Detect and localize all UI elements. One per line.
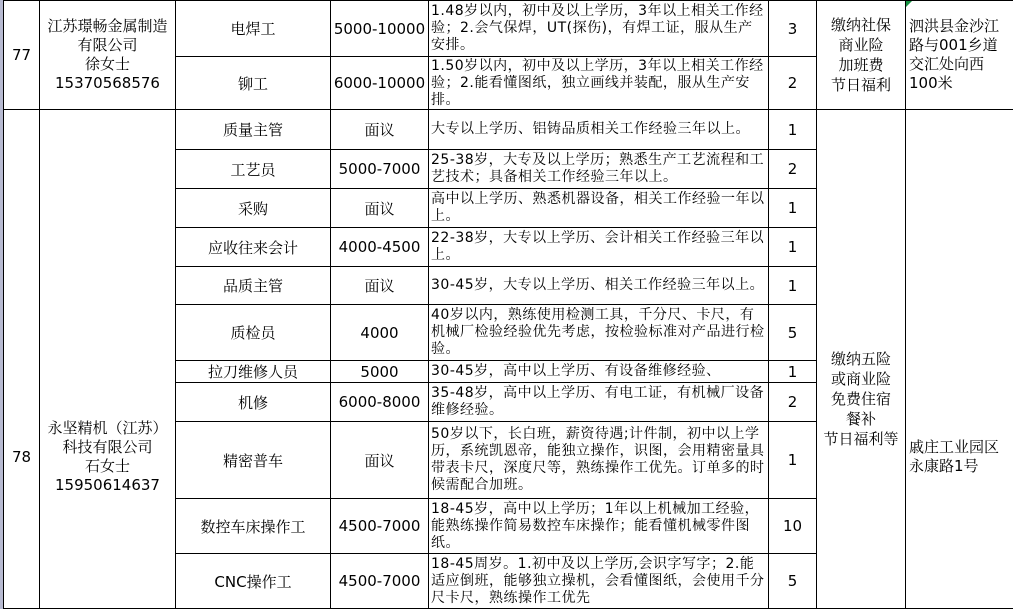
job-title-cell[interactable]: 铆工 (176, 57, 331, 110)
job-desc-cell[interactable]: 18-45周岁。1.初中及以上学历,会识字写字；2.能适应倒班，能够独立操机，会… (429, 554, 769, 609)
row-number-cell[interactable]: 78 (4, 110, 40, 609)
count-cell[interactable]: 1 (769, 361, 817, 383)
table-row: 77江苏璟畅金属制造有限公司徐女士15370568576电焊工5000-1000… (4, 1, 1013, 57)
count-cell[interactable]: 10 (769, 499, 817, 554)
job-title-cell[interactable]: 采购 (176, 189, 331, 228)
job-title-cell[interactable]: 品质主管 (176, 267, 331, 305)
job-title-cell[interactable]: 电焊工 (176, 1, 331, 57)
job-desc-cell[interactable]: 1.48岁以内，初中及以上学历，3年以上相关工作经验；2.会气保焊，UT(探伤)… (429, 1, 769, 57)
company-cell-line: 15950614637 (40, 476, 175, 495)
job-desc-cell[interactable]: 高中以上学历、熟悉机器设备，相关工作经验一年以上。 (429, 189, 769, 228)
job-title-cell[interactable]: 工艺员 (176, 150, 331, 189)
count-cell[interactable]: 2 (769, 383, 817, 422)
job-title-cell[interactable]: CNC操作工 (176, 554, 331, 609)
company-cell[interactable]: 江苏璟畅金属制造有限公司徐女士15370568576 (40, 1, 176, 110)
benefits-cell[interactable]: 缴纳五险或商业险免费住宿餐补节日福利等 (817, 110, 906, 609)
benefits-cell-line: 免费住宿 (817, 389, 905, 409)
salary-cell[interactable]: 5000 (331, 361, 429, 383)
count-cell[interactable]: 1 (769, 110, 817, 150)
salary-cell[interactable]: 6000-8000 (331, 383, 429, 422)
job-title-cell[interactable]: 质检员 (176, 305, 331, 361)
benefits-cell-line: 商业险 (817, 35, 905, 55)
salary-cell[interactable]: 4500-7000 (331, 554, 429, 609)
company-cell-line: 永坚精机（江苏） (40, 419, 175, 438)
count-cell[interactable]: 5 (769, 554, 817, 609)
salary-cell[interactable]: 5000-7000 (331, 150, 429, 189)
salary-cell[interactable]: 6000-10000 (331, 57, 429, 110)
count-cell[interactable]: 5 (769, 305, 817, 361)
salary-cell[interactable]: 面议 (331, 110, 429, 150)
address-cell[interactable]: 戚庄工业园区永康路1号 (906, 110, 1013, 609)
salary-cell[interactable]: 4000 (331, 305, 429, 361)
benefits-cell-line: 加班费 (817, 55, 905, 75)
count-cell[interactable]: 1 (769, 267, 817, 305)
salary-cell[interactable]: 面议 (331, 267, 429, 305)
job-desc-cell[interactable]: 35-48岁，高中以上学历、有电工证，有机械厂设备维修经验。 (429, 383, 769, 422)
address-cell[interactable]: 泗洪县金沙江路与001乡道交汇处向西100米 (906, 1, 1013, 110)
company-cell-line: 有限公司 (40, 36, 175, 55)
job-listing-table: 77江苏璟畅金属制造有限公司徐女士15370568576电焊工5000-1000… (3, 0, 1013, 609)
count-cell[interactable]: 2 (769, 150, 817, 189)
count-cell[interactable]: 1 (769, 228, 817, 267)
company-cell[interactable]: 永坚精机（江苏）科技有限公司石女士15950614637 (40, 110, 176, 609)
count-cell[interactable]: 1 (769, 422, 817, 499)
salary-cell[interactable]: 面议 (331, 189, 429, 228)
salary-cell[interactable]: 面议 (331, 422, 429, 499)
job-title-cell[interactable]: 数控车床操作工 (176, 499, 331, 554)
job-desc-cell[interactable]: 1.50岁以内，初中及以上学历，3年以上相关工作经验；2.能看懂图纸，独立画线并… (429, 57, 769, 110)
job-desc-cell[interactable]: 大专以上学历、铝铸品质相关工作经验三年以上。 (429, 110, 769, 150)
count-cell[interactable]: 1 (769, 189, 817, 228)
benefits-cell-line: 缴纳社保 (817, 15, 905, 35)
job-title-cell[interactable]: 质量主管 (176, 110, 331, 150)
job-desc-cell[interactable]: 25-38岁，大专及以上学历；熟悉生产工艺流程和工艺技术；具备相关工作经验三年以… (429, 150, 769, 189)
benefits-cell-line: 节日福利 (817, 75, 905, 95)
job-desc-cell[interactable]: 30-45岁，高中以上学历、有设备维修经验、 (429, 361, 769, 383)
job-title-cell[interactable]: 精密普车 (176, 422, 331, 499)
job-title-cell[interactable]: 机修 (176, 383, 331, 422)
company-cell-line: 石女士 (40, 457, 175, 476)
company-cell-line: 江苏璟畅金属制造 (40, 17, 175, 36)
salary-cell[interactable]: 4000-4500 (331, 228, 429, 267)
benefits-cell[interactable]: 缴纳社保商业险加班费节日福利 (817, 1, 906, 110)
company-cell-line: 15370568576 (40, 74, 175, 93)
benefits-cell-line: 缴纳五险 (817, 349, 905, 369)
company-cell-line: 科技有限公司 (40, 438, 175, 457)
job-title-cell[interactable]: 应收往来会计 (176, 228, 331, 267)
job-title-cell[interactable]: 拉刀维修人员 (176, 361, 331, 383)
benefits-cell-line: 餐补 (817, 409, 905, 429)
row-number-cell[interactable]: 77 (4, 1, 40, 110)
job-desc-cell[interactable]: 30-45岁，大专以上学历、相关工作经验三年以上。 (429, 267, 769, 305)
salary-cell[interactable]: 4500-7000 (331, 499, 429, 554)
benefits-cell-line: 或商业险 (817, 369, 905, 389)
company-cell-line: 徐女士 (40, 55, 175, 74)
benefits-cell-line: 节日福利等 (817, 429, 905, 449)
job-desc-cell[interactable]: 18-45岁，高中以上学历；1年以上机械加工经验，能熟练操作简易数控车床操作；能… (429, 499, 769, 554)
error-check-icon (906, 1, 912, 7)
table-row: 78永坚精机（江苏）科技有限公司石女士15950614637质量主管面议大专以上… (4, 110, 1013, 150)
job-desc-cell[interactable]: 40岁以内，熟练使用检测工具，千分尺、卡尺，有机械厂检验经验优先考虑，按检验标准… (429, 305, 769, 361)
job-desc-cell[interactable]: 22-38岁，大专以上学历、会计相关工作经验三年以上。 (429, 228, 769, 267)
salary-cell[interactable]: 5000-10000 (331, 1, 429, 57)
count-cell[interactable]: 2 (769, 57, 817, 110)
job-desc-cell[interactable]: 50岁以下，长白班，薪资待遇;计件制，初中以上学历，系统凯恩帝，能独立操作，识图… (429, 422, 769, 499)
count-cell[interactable]: 3 (769, 1, 817, 57)
